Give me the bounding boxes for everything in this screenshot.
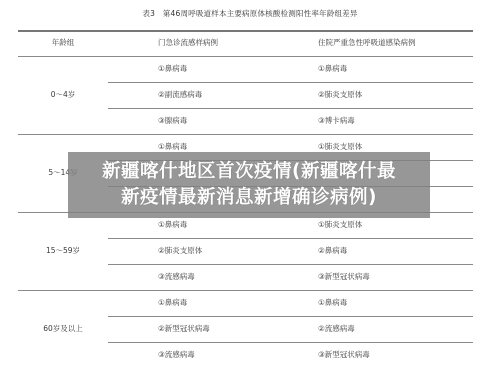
headline-overlay: 新疆喀什地区首次疫情(新疆喀什最 新疫情最新消息新增确诊病例) [68,152,430,218]
inpatient-cell: ②肺炎支原体 [318,82,362,108]
group-divider [18,134,473,135]
header-outpatient: 门急诊流感样病例 [158,30,218,56]
age-group-cell: 15～59岁 [18,238,108,264]
outpatient-cell: ①鼻病毒 [158,290,187,316]
headline-line-1: 新疆喀什地区首次疫情(新疆喀什最 [102,159,396,185]
inpatient-cell: ③新型冠状病毒 [318,342,370,368]
headline-line-2: 新疫情最新消息新增确诊病例) [121,185,377,211]
age-group-cell: 60岁及以上 [18,316,108,342]
inpatient-cell: ③博卡病毒 [318,108,355,134]
inpatient-cell: ①鼻病毒 [318,290,347,316]
outpatient-cell: ③流感病毒 [158,342,195,368]
inpatient-cell: ①鼻病毒 [318,56,347,82]
outpatient-cell: ②肺炎支原体 [158,238,202,264]
header-inpatient: 住院严重急性呼吸道感染病例 [318,30,416,56]
age-group-cell: 0～4岁 [18,82,108,108]
outpatient-cell: ③腺病毒 [158,108,187,134]
outpatient-cell: ①鼻病毒 [158,56,187,82]
outpatient-cell: ②新型冠状病毒 [158,316,210,342]
group-divider [18,290,473,291]
table-caption: 表3 第46周呼吸道样本主要病原体核酸检测阳性率年龄组差异 [0,8,500,19]
header-age-group: 年龄组 [18,30,108,56]
header-bottom-rule [18,56,473,57]
outpatient-cell: ②副流感病毒 [158,82,202,108]
inpatient-cell: ②鼻病毒 [318,238,347,264]
inpatient-cell: ②流感病毒 [318,316,355,342]
inpatient-cell: ③新型冠状病毒 [318,264,370,290]
outpatient-cell: ③流感病毒 [158,264,195,290]
